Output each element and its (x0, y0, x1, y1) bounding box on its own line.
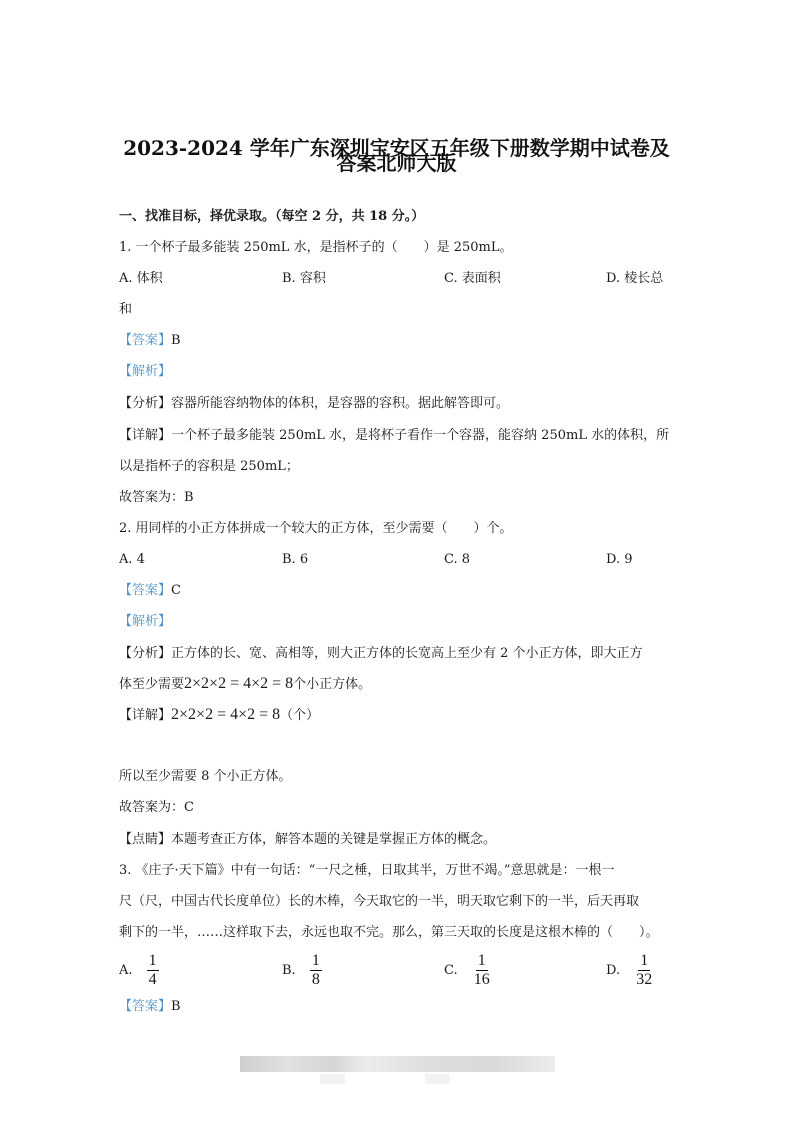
q2-option-c: C. 8 (444, 552, 470, 568)
blurred-footer-mark (425, 1074, 450, 1084)
q1-option-a: A. 体积 (119, 271, 163, 287)
fraction: 132 (634, 952, 654, 989)
xiangjie-label: 【详解】 (119, 428, 171, 443)
numerator: 1 (147, 952, 159, 971)
fenxi-prefix: 体至少需要 (119, 677, 184, 692)
q2-extra-line: 所以至少需要 8 个小正方体。 (119, 769, 292, 785)
dianjing-label: 【点睛】 (119, 832, 171, 847)
q1-xiangjie-line-1: 【详解】一个杯子最多能装 250mL 水，是将杯子看作一个容器，能容纳 250m… (119, 428, 669, 444)
q3-stem-line-3: 剩下的一半，……这样取下去，永远也取不完。那么，第三天取的长度是这根木棒的（ ）… (119, 925, 659, 941)
document-title-line-2-text: 答案北师大版 (337, 151, 457, 175)
q2-stem: 2. 用同样的小正方体拼成一个较大的正方体，至少需要（ ）个。 (119, 521, 513, 537)
q2-option-d: D. 9 (606, 552, 633, 568)
option-label: D. (606, 963, 620, 978)
option-label: C. (444, 963, 458, 978)
q1-xiangjie-line-2: 以是指杯子的容积是 250mL； (119, 459, 299, 475)
section-heading: 一、找准目标，择优录取。（每空 2 分，共 18 分。） (119, 209, 424, 225)
q1-option-d: D. 棱长总 (606, 271, 663, 287)
q1-answer: 【答案】B (119, 333, 181, 349)
answer-label: 【答案】 (119, 583, 171, 598)
fenxi-suffix: 个小正方体。 (293, 677, 371, 692)
q2-conclusion: 故答案为：C (119, 800, 194, 816)
q1-fenxi: 【分析】容器所能容纳物体的体积，是容器的容积。据此解答即可。 (119, 396, 509, 412)
denominator: 8 (310, 971, 322, 989)
q1-option-b: B. 容积 (282, 271, 326, 287)
q2-answer: 【答案】C (119, 583, 181, 599)
q2-xiangjie: 【详解】2×2×2 = 4×2 = 8（个） (119, 707, 319, 724)
denominator: 16 (472, 971, 492, 989)
q1-conclusion: 故答案为：B (119, 490, 194, 506)
answer-label: 【答案】 (119, 999, 171, 1014)
fraction: 116 (472, 952, 492, 989)
q2-option-b: B. 6 (282, 552, 308, 568)
q1-stem: 1. 一个杯子最多能装 250mL 水，是指杯子的（ ）是 250mL。 (119, 240, 512, 256)
q3-option-d: D. 132 (606, 952, 654, 989)
fenxi-label: 【分析】 (119, 646, 171, 661)
q1-analysis-label: 【解析】 (119, 364, 171, 380)
xiangjie-suffix: （个） (280, 708, 319, 723)
dianjing-text: 本题考查正方体，解答本题的关键是掌握正方体的概念。 (171, 832, 496, 847)
blurred-footer-mark (320, 1074, 345, 1084)
q3-answer: 【答案】B (119, 999, 181, 1015)
q2-option-a: A. 4 (119, 552, 145, 568)
option-label: A. (119, 963, 133, 978)
denominator: 4 (147, 971, 159, 989)
q3-option-a: A. 14 (119, 952, 159, 989)
answer-value: B (171, 999, 181, 1014)
q2-fenxi-line-1: 【分析】正方体的长、宽、高相等，则大正方体的长宽高上至少有 2 个小正方体，即大… (119, 646, 643, 662)
fraction: 14 (147, 952, 159, 989)
q3-stem-line-2: 尺（尺，中国古代长度单位）长的木棒，今天取它的一半，明天取它剩下的一半，后天再取 (119, 894, 639, 910)
answer-value: C (171, 583, 181, 598)
q3-option-b: B. 18 (282, 952, 322, 989)
numerator: 1 (638, 952, 650, 971)
blurred-footer-watermark (240, 1056, 555, 1072)
answer-label: 【答案】 (119, 333, 171, 348)
xiangjie-text: 一个杯子最多能装 250mL 水，是将杯子看作一个容器，能容纳 250mL 水的… (171, 428, 669, 443)
q1-option-wrap: 和 (119, 302, 132, 318)
option-label: B. (282, 963, 296, 978)
answer-value: B (171, 333, 181, 348)
numerator: 1 (310, 952, 322, 971)
q2-dianjing: 【点睛】本题考查正方体，解答本题的关键是掌握正方体的概念。 (119, 832, 496, 848)
q3-stem-line-1: 3. 《庄子·天下篇》中有一句话：“一尺之棰，日取其半，万世不竭。”意思就是：一… (119, 863, 614, 879)
xiangjie-math: 2×2×2 = 4×2 = 8 (171, 706, 280, 723)
q2-analysis-label: 【解析】 (119, 614, 171, 630)
document-title-line-2: 答案北师大版 (0, 147, 793, 176)
fenxi-text: 容器所能容纳物体的体积，是容器的容积。据此解答即可。 (171, 396, 509, 411)
fenxi-text: 正方体的长、宽、高相等，则大正方体的长宽高上至少有 2 个小正方体，即大正方 (171, 646, 643, 661)
q2-fenxi-line-2: 体至少需要2×2×2 = 4×2 = 8个小正方体。 (119, 676, 371, 693)
numerator: 1 (476, 952, 488, 971)
xiangjie-label: 【详解】 (119, 708, 171, 723)
q1-option-c: C. 表面积 (444, 271, 501, 287)
fenxi-math: 2×2×2 = 4×2 = 8 (184, 675, 293, 692)
q3-option-c: C. 116 (444, 952, 492, 989)
denominator: 32 (634, 971, 654, 989)
fenxi-label: 【分析】 (119, 396, 171, 411)
fraction: 18 (310, 952, 322, 989)
